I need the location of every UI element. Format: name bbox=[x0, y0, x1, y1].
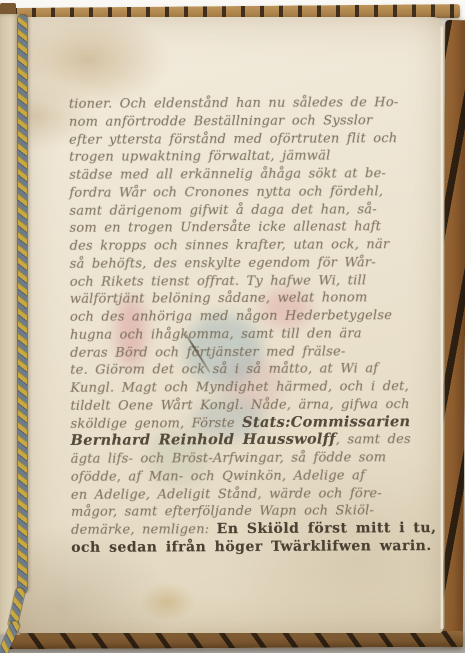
manuscript-line-segment: nom anförtrodde Beställningar och Sysslo… bbox=[69, 113, 373, 130]
manuscript-line: och des anhöriga med någon Hederbetygels… bbox=[70, 304, 412, 324]
manuscript-line: des kropps och sinnes krafter, utan ock,… bbox=[70, 233, 412, 253]
manuscript-line: så behöfts, des enskylte egendom för Wår… bbox=[70, 251, 412, 271]
manuscript-line-segment: och sedan ifrån höger Twärklifwen warin. bbox=[71, 538, 432, 556]
manuscript-line-segment: tioner. Och eldenstånd han nu således de… bbox=[69, 95, 399, 112]
manuscript-line-segment: fordra Wår och Cronones nytta och fördeh… bbox=[69, 184, 383, 201]
manuscript-line: tioner. Och eldenstånd han nu således de… bbox=[69, 91, 411, 111]
manuscript-line: städse med all erkännelig åhåga sökt at … bbox=[69, 162, 411, 182]
photo-background: tioner. Och eldenstånd han nu således de… bbox=[0, 0, 465, 653]
manuscript-line-segment: ofödde, af Man- och Qwinkön, Adelige af bbox=[71, 468, 365, 485]
manuscript-text: tioner. Och eldenstånd han nu således de… bbox=[69, 91, 413, 554]
manuscript-line-segment: och des anhöriga med någon Hederbetygels… bbox=[70, 308, 392, 325]
manuscript-line-segment: och Rikets tienst offrat. Ty hafwe Wi, t… bbox=[70, 273, 367, 290]
manuscript-line-segment: des kropps och sinnes krafter, utan ock,… bbox=[70, 237, 390, 254]
manuscript-line: nom anförtrodde Beställningar och Sysslo… bbox=[69, 109, 411, 129]
manuscript-line: Kungl. Magt och Myndighet härmed, och i … bbox=[70, 375, 412, 395]
manuscript-line-segment: trogen upwaktning förwaltat, jämwäl bbox=[69, 149, 330, 165]
seal-cord bbox=[18, 15, 27, 593]
manuscript-line-segment: ägta lifs- och Bröst-Arfwingar, så födde… bbox=[71, 450, 387, 467]
manuscript-line: tildelt Oene Wårt Kongl. Nåde, ärna, gif… bbox=[70, 393, 412, 413]
manuscript-line-segment: städse med all erkännelig åhåga sökt at … bbox=[69, 166, 386, 183]
manuscript-line: hugna och ihågkomma, samt till den ära bbox=[70, 322, 412, 342]
manuscript-line-segment: mågor, samt efterföljande Wapn och Skiöl… bbox=[71, 504, 374, 521]
manuscript-line-segment: samt därigenom gifwit å daga det han, så… bbox=[69, 202, 377, 219]
manuscript-line-segment: hugna och ihågkomma, samt till den ära bbox=[70, 326, 362, 343]
manuscript-line-segment: tildelt Oene Wårt Kongl. Nåde, ärna, gif… bbox=[70, 397, 409, 414]
page-fore-edge bbox=[440, 26, 445, 629]
manuscript-line-segment: , samt des bbox=[336, 432, 411, 447]
book-bottom-edge bbox=[7, 631, 463, 649]
manuscript-line-segment: deras Börd och förtjänster med frälse- bbox=[70, 344, 345, 360]
manuscript-line-segment: efter yttersta förstånd med oförtruten f… bbox=[69, 131, 397, 148]
manuscript-line-segment: demärke, nemligen: bbox=[71, 522, 217, 538]
manuscript-line: ägta lifs- och Bröst-Arfwingar, så födde… bbox=[71, 446, 413, 466]
manuscript-line: ofödde, af Man- och Qwinkön, Adelige af bbox=[71, 464, 413, 484]
manuscript-line-segment: en Adelige, Adeligit Stånd, wärde och fö… bbox=[71, 486, 382, 503]
manuscript-line: demärke, nemligen: En Skiöld först mitt … bbox=[71, 517, 413, 537]
manuscript-line-segment: te. Giörom det ock så i så måtto, at Wi … bbox=[70, 362, 378, 379]
manuscript-line-segment: Kungl. Magt och Myndighet härmed, och i … bbox=[70, 379, 409, 396]
manuscript-line-segment: som en trogen Undersåte icke allenast ha… bbox=[69, 220, 381, 237]
manuscript-line-segment: wälförtjänt belöning sådane, welat honom bbox=[70, 291, 368, 308]
manuscript-line: och sedan ifrån höger Twärklifwen warin. bbox=[71, 535, 413, 555]
manuscript-line-segment: sköldige genom, Förste bbox=[70, 415, 242, 431]
manuscript-line: fordra Wår och Cronones nytta och fördeh… bbox=[69, 180, 411, 200]
binding-gutter bbox=[0, 14, 20, 635]
manuscript-line-segment: så behöfts, des enskylte egendom för Wår… bbox=[70, 255, 376, 272]
